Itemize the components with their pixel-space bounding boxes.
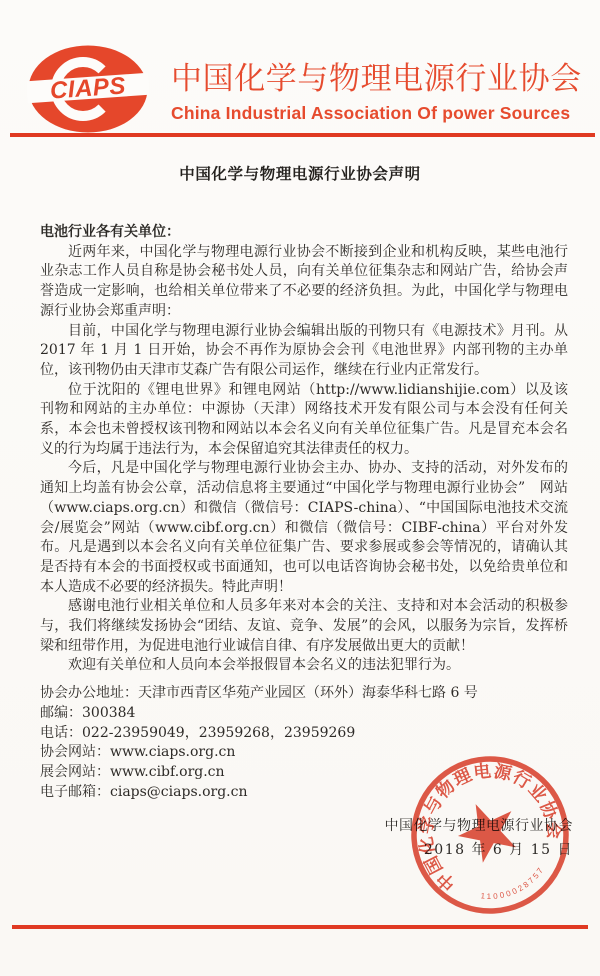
contact-address: 协会办公地址：天津市西青区华苑产业园区（环外）海泰华科七路 6 号 (40, 684, 568, 704)
footer-divider-line (12, 925, 588, 929)
org-name-chinese: 中国化学与物理电源行业协会 (171, 58, 595, 100)
signature-block: 中国化学与物理电源行业协会 2018 年 6 月 15 日 (385, 819, 574, 858)
paragraph-6: 欢迎有关单位和人员向本会举报假冒本会名义的违法犯罪行为。 (40, 656, 568, 676)
ciaps-logo: CIAPS (27, 44, 149, 134)
paragraph-5: 感谢电池行业相关单位和人员多年来对本会的关注、支持和对本会活动的积极参与，我们将… (40, 597, 568, 656)
signature-org: 中国化学与物理电源行业协会 (385, 819, 574, 834)
contact-phone: 电话：022-23959049，23959268，23959269 (40, 724, 568, 744)
scanned-letter-page: CIAPS 中国化学与物理电源行业协会 China Industrial Ass… (0, 0, 600, 976)
paragraph-4: 今后，凡是中国化学与物理电源行业协会主办、协办、支持的活动，对外发布的通知上均盖… (40, 459, 568, 597)
letter-body: 电池行业各有关单位： 近两年来，中国化学与物理电源行业协会不断接到企业和机构反映… (40, 223, 568, 802)
letterhead: 中国化学与物理电源行业协会 China Industrial Associati… (171, 58, 595, 124)
signature-date: 2018 年 6 月 15 日 (385, 843, 574, 858)
contact-email: 电子邮箱：ciaps@ciaps.org.cn (40, 783, 568, 803)
document-title: 中国化学与物理电源行业协会声明 (0, 162, 600, 184)
svg-text:11000028757: 11000028757 (477, 862, 551, 910)
paragraph-3: 位于沈阳的《锂电世界》和锂电网站（http://www.lidianshijie… (40, 381, 568, 460)
paragraph-2: 目前，中国化学与物理电源行业协会编辑出版的刊物只有《电源技术》月刊。从2017 … (40, 322, 568, 381)
contact-website: 协会网站：www.ciaps.org.cn (40, 743, 568, 763)
contact-expo-website: 展会网站：www.cibf.org.cn (40, 763, 568, 783)
org-name-english: China Industrial Association Of power So… (171, 103, 595, 124)
paragraph-1: 近两年来，中国化学与物理电源行业协会不断接到企业和机构反映，某些电池行业杂志工作… (40, 243, 568, 322)
contact-block: 协会办公地址：天津市西青区华苑产业园区（环外）海泰华科七路 6 号 邮编：300… (40, 684, 568, 802)
logo-ciaps-text: CIAPS (49, 72, 127, 104)
seal-code: 11000028757 (477, 862, 551, 910)
salutation: 电池行业各有关单位： (40, 223, 568, 243)
contact-zip: 邮编：300384 (40, 704, 568, 724)
letterhead-divider-line (10, 133, 595, 137)
